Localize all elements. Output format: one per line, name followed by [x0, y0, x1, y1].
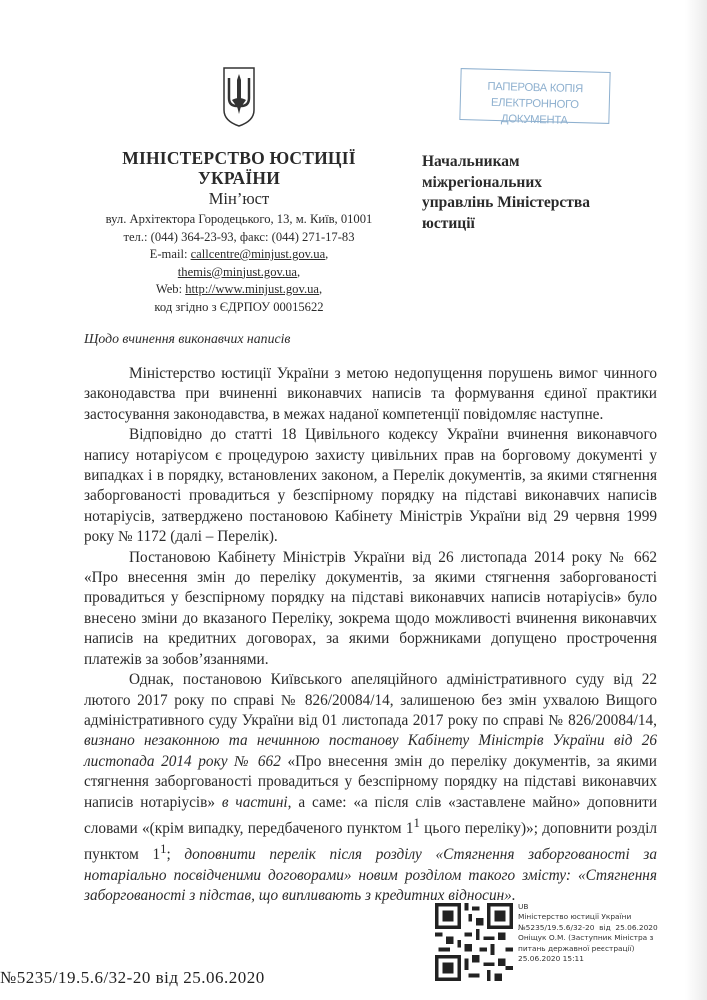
email-link-themis[interactable]: themis@minjust.gov.ua — [178, 265, 297, 279]
page-edge-shadow — [685, 0, 707, 1000]
phone-fax: тел.: (044) 364-23-93, факс: (044) 271-1… — [80, 229, 398, 247]
addressee-block: Начальникам міжрегіональних управлінь Мі… — [422, 152, 662, 234]
signature-system: UB — [518, 902, 658, 912]
signature-reg-number: №5235/19.5.6/32-20 від 25.06.2020 — [518, 923, 658, 933]
ministry-letterhead: МІНІСТЕРСТВО ЮСТИЦІЇ УКРАЇНИ Мін’юст вул… — [80, 148, 398, 316]
signature-signer-position: питань державної реєстрації) — [518, 944, 658, 954]
ministry-contacts: вул. Архітектора Городецького, 13, м. Ки… — [80, 211, 398, 316]
signature-signer: Оніщук О.М. (Заступник Міністра з — [518, 933, 658, 943]
qr-code-icon — [435, 903, 513, 981]
paragraph-2: Відповідно до статті 18 Цивільного кодек… — [84, 425, 657, 547]
signature-organization: Міністерство юстиції України — [518, 912, 658, 922]
letter-body: Міністерство юстиції України з метою нед… — [84, 364, 657, 907]
paragraph-4: Однак, постановою Київського апеляційног… — [84, 670, 657, 907]
address: вул. Архітектора Городецького, 13, м. Ки… — [80, 211, 398, 229]
trident-coat-of-arms-icon — [222, 66, 256, 128]
electronic-signature-info: UB Міністерство юстиції України №5235/19… — [518, 902, 658, 964]
ministry-name: МІНІСТЕРСТВО ЮСТИЦІЇ УКРАЇНИ — [80, 148, 398, 188]
edrpou-code: код згідно з ЄДРПОУ 00015622 — [80, 299, 398, 317]
web-link[interactable]: http://www.minjust.gov.ua — [185, 282, 319, 296]
paper-copy-stamp: ПАПЕРОВА КОПІЯ ЕЛЕКТРОННОГО ДОКУМЕНТА — [459, 68, 610, 124]
footer-registration-number: №5235/19.5.6/32-20 від 25.06.2020 — [0, 968, 265, 988]
email-link-callcentre[interactable]: callcentre@minjust.gov.ua — [191, 247, 326, 261]
ministry-short-name: Мін’юст — [80, 189, 398, 209]
paragraph-3: Постановою Кабінету Міністрів України ві… — [84, 548, 657, 670]
signature-timestamp: 25.06.2020 15:11 — [518, 954, 658, 964]
paragraph-1: Міністерство юстиції України з метою нед… — [84, 364, 657, 425]
letter-subject: Щодо вчинення виконавчих написів — [84, 331, 290, 347]
